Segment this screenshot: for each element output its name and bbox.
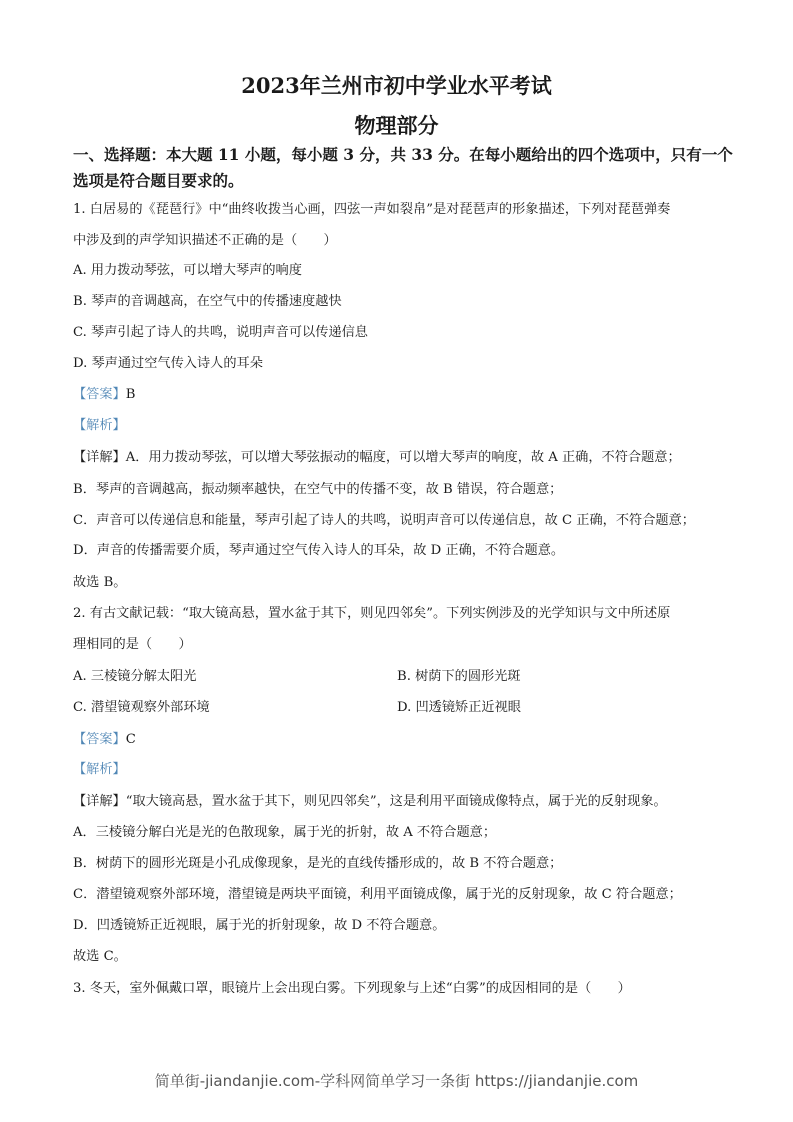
q1-stem-line1: 1. 白居易的《琵琶行》中“曲终收拨当心画，四弦一声如裂帛”是对琵琶声的形象描述… xyxy=(73,201,670,219)
exam-title: 2023年兰州市初中学业水平考试 xyxy=(0,70,793,100)
q1-option-c: C. 琴声引起了诗人的共鸣，说明声音可以传递信息 xyxy=(73,324,368,342)
q2-conclusion: 故选 C。 xyxy=(73,948,127,966)
q2-detail-b: B．树荫下的圆形光斑是小孔成像现象，是光的直线传播形成的，故 B 不符合题意； xyxy=(73,855,562,873)
q2-option-b: B. 树荫下的圆形光斑 xyxy=(397,668,521,686)
detail-tag: 【详解】 xyxy=(73,450,126,465)
q1-detail-b: B．琴声的音调越高，振动频率越快，在空气中的传播不变，故 B 错误，符合题意； xyxy=(73,481,562,499)
q2-stem-line1: 2. 有古文献记载：“取大镜高悬，置水盆于其下，则见四邻矣”。下列实例涉及的光学… xyxy=(73,605,670,623)
detail-tag: 【详解】 xyxy=(73,794,126,809)
answer-tag: 【答案】 xyxy=(73,732,126,747)
q1-option-b: B. 琴声的音调越高，在空气中的传播速度越快 xyxy=(73,293,342,311)
q2-option-d: D. 凹透镜矫正近视眼 xyxy=(397,699,521,717)
q1-stem-line2: 中涉及到的声学知识描述不正确的是（ ） xyxy=(73,232,337,250)
q2-answer: 【答案】C xyxy=(73,731,136,749)
q2-option-c: C. 潜望镜观察外部环境 xyxy=(73,699,210,717)
section-heading-line1: 一、选择题：本大题 11 小题，每小题 3 分，共 33 分。在每小题给出的四个… xyxy=(73,142,733,168)
q1-detail-a: 【详解】A．用力拨动琴弦，可以增大琴弦振动的幅度，可以增大琴声的响度，故 A 正… xyxy=(73,449,681,467)
q1-detail-c: C．声音可以传递信息和能量，琴声引起了诗人的共鸣，说明声音可以传递信息，故 C … xyxy=(73,512,695,530)
footer-watermark: 简单街-jiandanjie.com-学科网简单学习一条街 https://ji… xyxy=(0,1070,793,1091)
q1-analysis-tag: 【解析】 xyxy=(73,417,126,435)
q2-detail-c: C．潜望镜观察外部环境，潜望镜是两块平面镜，利用平面镜成像，属于光的反射现象，故… xyxy=(73,886,682,904)
section-heading-line2: 选项是符合题目要求的。 xyxy=(73,168,733,194)
q1-option-a: A. 用力拨动琴弦，可以增大琴声的响度 xyxy=(73,262,302,280)
q1-detail-d: D．声音的传播需要介质，琴声通过空气传入诗人的耳朵，故 D 正确，不符合题意。 xyxy=(73,542,564,560)
q2-option-a: A. 三棱镜分解太阳光 xyxy=(73,668,196,686)
exam-subtitle: 物理部分 xyxy=(0,110,793,140)
answer-value: C xyxy=(126,732,136,747)
q2-analysis-tag: 【解析】 xyxy=(73,761,126,779)
q1-option-d: D. 琴声通过空气传入诗人的耳朵 xyxy=(73,355,263,373)
q2-detail-d: D．凹透镜矫正近视眼，属于光的折射现象，故 D 不符合题意。 xyxy=(73,917,445,935)
q1-conclusion: 故选 B。 xyxy=(73,574,126,592)
answer-value: B xyxy=(126,387,136,402)
answer-tag: 【答案】 xyxy=(73,387,126,402)
q3-stem-line1: 3. 冬天，室外佩戴口罩，眼镜片上会出现白雾。下列现象与上述“白雾”的成因相同的… xyxy=(73,980,631,998)
q2-stem-line2: 理相同的是（ ） xyxy=(73,636,192,654)
q2-detail-a: A．三棱镜分解白光是光的色散现象，属于光的折射，故 A 不符合题意； xyxy=(73,824,496,842)
q2-detail-intro: 【详解】“取大镜高悬，置水盆于其下，则见四邻矣”，这是利用平面镜成像特点，属于光… xyxy=(73,793,667,811)
document-page: 2023年兰州市初中学业水平考试 物理部分 一、选择题：本大题 11 小题，每小… xyxy=(0,0,793,1122)
q1-answer: 【答案】B xyxy=(73,386,135,404)
section-heading: 一、选择题：本大题 11 小题，每小题 3 分，共 33 分。在每小题给出的四个… xyxy=(73,142,733,194)
